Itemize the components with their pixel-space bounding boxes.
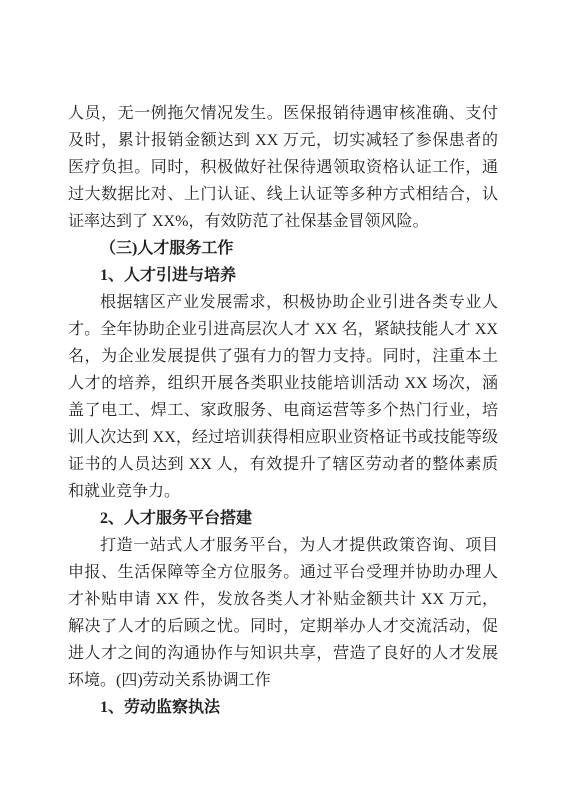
document-text-block: 人员，无一例拖欠情况发生。医保报销待遇审核准确、支付及时，累计报销金额达到 XX… xyxy=(68,100,498,721)
section-heading-talent-services: （三)人才服务工作 xyxy=(68,235,498,262)
subsection-heading-labor-inspection: 1、劳动监察执法 xyxy=(68,694,498,721)
document-page: 人员，无一例拖欠情况发生。医保报销待遇审核准确、支付及时，累计报销金额达到 XX… xyxy=(0,0,570,807)
paragraph-social-insurance: 人员，无一例拖欠情况发生。医保报销待遇审核准确、支付及时，累计报销金额达到 XX… xyxy=(68,100,498,235)
paragraph-talent-recruitment: 根据辖区产业发展需求，积极协助企业引进各类专业人才。全年协助企业引进高层次人才 … xyxy=(68,289,498,505)
subsection-heading-talent-platform: 2、人才服务平台搭建 xyxy=(68,505,498,532)
paragraph-talent-platform: 打造一站式人才服务平台，为人才提供政策咨询、项目申报、生活保障等全方位服务。通过… xyxy=(68,532,498,694)
subsection-heading-talent-recruitment: 1、人才引进与培养 xyxy=(68,262,498,289)
